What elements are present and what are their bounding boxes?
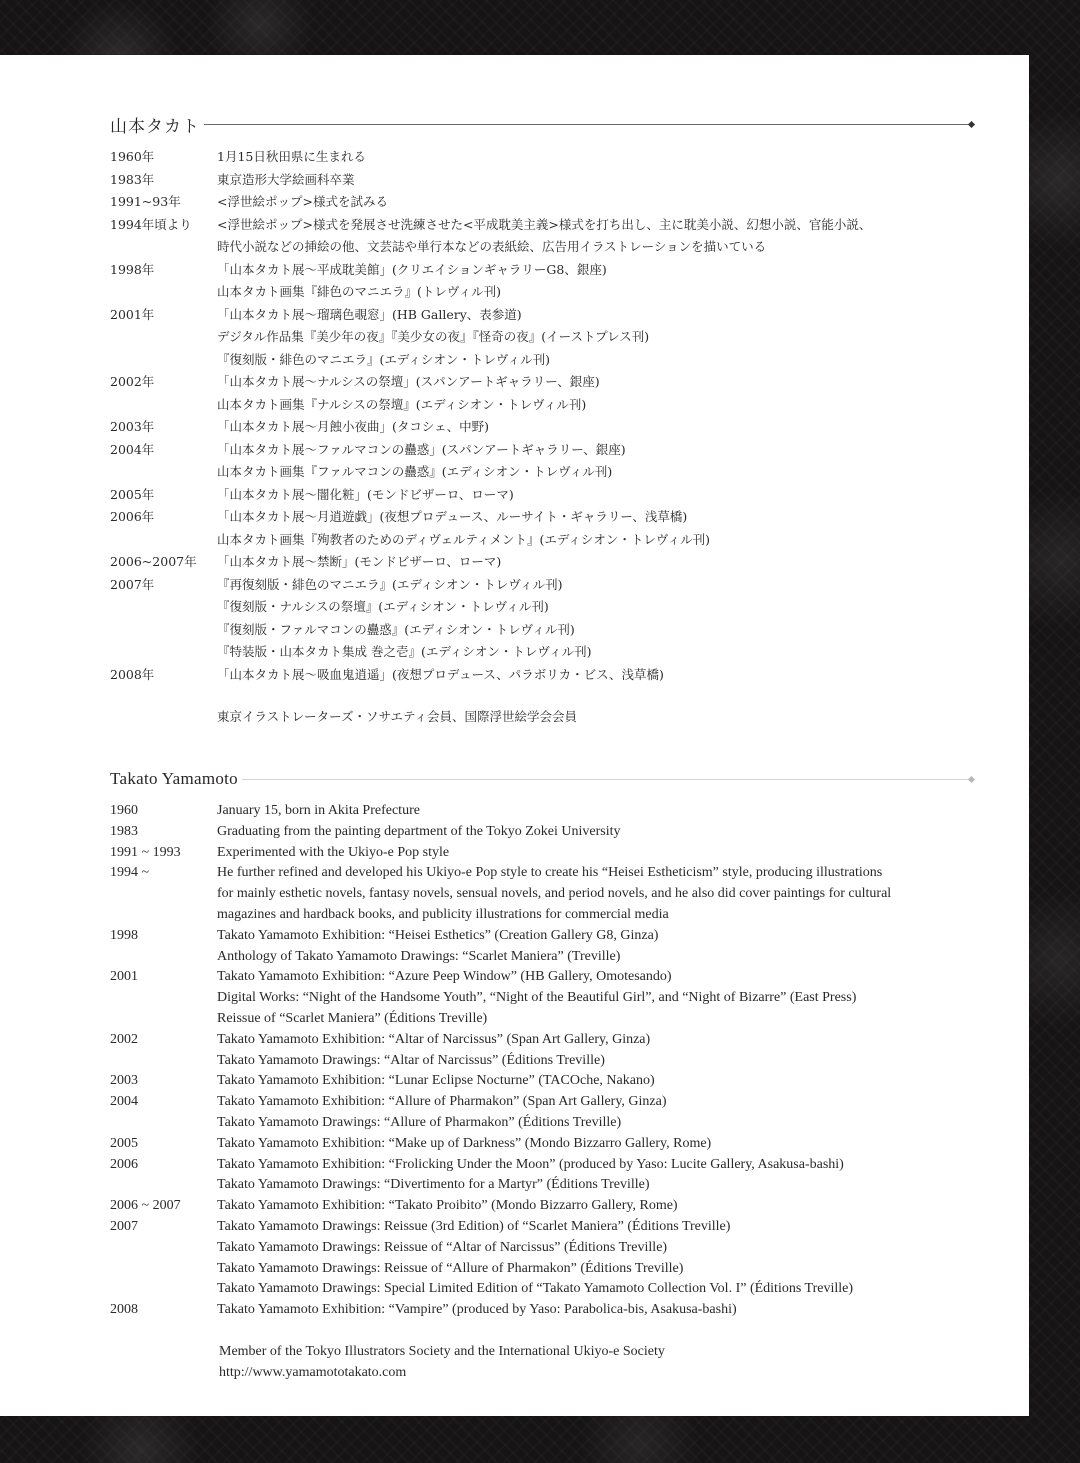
timeline-entry: 1960January 15, born in Akita Prefecture — [110, 801, 940, 822]
entry-description: 「山本タカト展～闇化粧」(モンドビザーロ、ローマ) — [217, 484, 940, 507]
entry-description: 「山本タカト展～禁断」(モンドビザーロ、ローマ) — [217, 551, 940, 574]
timeline-entry: 1994年頃より<浮世絵ポップ>様式を発展させ洗練させた<平成耽美主義>様式を打… — [110, 214, 940, 259]
entry-line: Takato Yamamoto Exhibition: “Altar of Na… — [217, 1030, 940, 1051]
entry-line: 時代小説などの挿絵の他、文芸誌や単行本などの表紙絵、広告用イラストレーションを描… — [217, 236, 940, 259]
entry-year: 2006 — [110, 1155, 217, 1176]
entry-description: Takato Yamamoto Exhibition: “Allure of P… — [217, 1092, 940, 1134]
english-section-header: Takato Yamamoto — [110, 764, 972, 794]
entry-description: 「山本タカト展～瑠璃色覗窓」(HB Gallery、表参道)デジタル作品集『美少… — [217, 304, 940, 372]
entry-description: 「山本タカト展～平成耽美館」(クリエイションギャラリーG8、銀座)山本タカト画集… — [217, 259, 940, 304]
entry-line: Takato Yamamoto Exhibition: “Vampire” (p… — [217, 1300, 940, 1321]
entry-line: Takato Yamamoto Drawings: Reissue of “Al… — [217, 1259, 940, 1280]
entry-line: Takato Yamamoto Drawings: Reissue of “Al… — [217, 1238, 940, 1259]
entry-line: Takato Yamamoto Drawings: “Allure of Pha… — [217, 1113, 940, 1134]
entry-line: Reissue of “Scarlet Maniera” (Éditions T… — [217, 1009, 940, 1030]
entry-line: Takato Yamamoto Exhibition: “Allure of P… — [217, 1092, 940, 1113]
timeline-entry: 2002Takato Yamamoto Exhibition: “Altar o… — [110, 1030, 940, 1072]
entry-year: 2006~2007年 — [110, 551, 217, 574]
english-timeline: 1960January 15, born in Akita Prefecture… — [110, 801, 940, 1321]
entry-description: 東京造形大学絵画科卒業 — [217, 169, 940, 192]
entry-year: 2001 — [110, 967, 217, 988]
entry-line: Takato Yamamoto Exhibition: “Heisei Esth… — [217, 926, 940, 947]
entry-line: for mainly esthetic novels, fantasy nove… — [217, 884, 940, 905]
japanese-section-header: 山本タカト — [110, 109, 972, 139]
english-footer: Member of the Tokyo Illustrators Society… — [219, 1341, 665, 1383]
timeline-entry: 2004年「山本タカト展～ファルマコンの蠱惑」(スパンアートギャラリー、銀座)山… — [110, 439, 940, 484]
entry-line: Takato Yamamoto Exhibition: “Lunar Eclip… — [217, 1071, 940, 1092]
japanese-timeline: 1960年1月15日秋田県に生まれる1983年東京造形大学絵画科卒業1991~9… — [110, 146, 940, 686]
entry-year: 2006 ~ 2007 — [110, 1196, 217, 1217]
entry-description: Experimented with the Ukiyo-e Pop style — [217, 843, 940, 864]
entry-line: 「山本タカト展～瑠璃色覗窓」(HB Gallery、表参道) — [217, 304, 940, 327]
entry-year: 1983年 — [110, 169, 217, 192]
entry-line: 「山本タカト展～闇化粧」(モンドビザーロ、ローマ) — [217, 484, 940, 507]
document-page: 山本タカト 1960年1月15日秋田県に生まれる1983年東京造形大学絵画科卒業… — [0, 55, 1029, 1416]
entry-line: 「山本タカト展～平成耽美館」(クリエイションギャラリーG8、銀座) — [217, 259, 940, 282]
entry-description: Takato Yamamoto Exhibition: “Vampire” (p… — [217, 1300, 940, 1321]
entry-line: He further refined and developed his Uki… — [217, 863, 940, 884]
entry-line: <浮世絵ポップ>様式を発展させ洗練させた<平成耽美主義>様式を打ち出し、主に耽美… — [217, 214, 940, 237]
entry-line: デジタル作品集『美少年の夜』『美少女の夜』『怪奇の夜』(イーストプレス刊) — [217, 326, 940, 349]
entry-line: 「山本タカト展～月蝕小夜曲」(タコシェ、中野) — [217, 416, 940, 439]
english-membership: Member of the Tokyo Illustrators Society… — [219, 1341, 665, 1362]
entry-line: Takato Yamamoto Exhibition: “Make up of … — [217, 1134, 940, 1155]
entry-line: 『再復刻版・緋色のマニエラ』(エディシオン・トレヴィル刊) — [217, 574, 940, 597]
timeline-entry: 2006 ~ 2007Takato Yamamoto Exhibition: “… — [110, 1196, 940, 1217]
entry-description: 「山本タカト展～ファルマコンの蠱惑」(スパンアートギャラリー、銀座)山本タカト画… — [217, 439, 940, 484]
timeline-entry: 2003年「山本タカト展～月蝕小夜曲」(タコシェ、中野) — [110, 416, 940, 439]
entry-description: Takato Yamamoto Drawings: Reissue (3rd E… — [217, 1217, 940, 1300]
entry-description: <浮世絵ポップ>様式を発展させ洗練させた<平成耽美主義>様式を打ち出し、主に耽美… — [217, 214, 940, 259]
entry-description: 「山本タカト展～ナルシスの祭壇」(スパンアートギャラリー、銀座)山本タカト画集『… — [217, 371, 940, 416]
entry-year: 2007年 — [110, 574, 217, 597]
entry-description: 『再復刻版・緋色のマニエラ』(エディシオン・トレヴィル刊)『復刻版・ナルシスの祭… — [217, 574, 940, 664]
entry-line: Takato Yamamoto Exhibition: “Frolicking … — [217, 1155, 940, 1176]
entry-description: 「山本タカト展～月蝕小夜曲」(タコシェ、中野) — [217, 416, 940, 439]
japanese-membership: 東京イラストレーターズ・ソサエティ会員、国際浮世絵学会会員 — [217, 707, 577, 725]
entry-line: Digital Works: “Night of the Handsome Yo… — [217, 988, 940, 1009]
entry-description: Takato Yamamoto Exhibition: “Lunar Eclip… — [217, 1071, 940, 1092]
header-rule — [204, 124, 972, 125]
entry-year: 2004年 — [110, 439, 217, 462]
entry-line: magazines and hardback books, and public… — [217, 905, 940, 926]
timeline-entry: 2008Takato Yamamoto Exhibition: “Vampire… — [110, 1300, 940, 1321]
timeline-entry: 2006~2007年「山本タカト展～禁断」(モンドビザーロ、ローマ) — [110, 551, 940, 574]
entry-year: 2006年 — [110, 506, 217, 529]
entry-year: 1960年 — [110, 146, 217, 169]
timeline-entry: 1960年1月15日秋田県に生まれる — [110, 146, 940, 169]
entry-line: <浮世絵ポップ>様式を試みる — [217, 191, 940, 214]
entry-year: 1994 ~ — [110, 863, 217, 884]
entry-line: Takato Yamamoto Exhibition: “Azure Peep … — [217, 967, 940, 988]
entry-description: 「山本タカト展～吸血鬼逍遥」(夜想プロデュース、パラボリカ・ビス、浅草橋) — [217, 664, 940, 687]
english-title: Takato Yamamoto — [110, 769, 242, 789]
entry-year: 1991 ~ 1993 — [110, 843, 217, 864]
entry-line: 「山本タカト展～ファルマコンの蠱惑」(スパンアートギャラリー、銀座) — [217, 439, 940, 462]
diamond-end-icon — [968, 120, 975, 127]
header-rule — [242, 779, 972, 780]
timeline-entry: 1983年東京造形大学絵画科卒業 — [110, 169, 940, 192]
entry-description: 「山本タカト展～月逍遊戯」(夜想プロデュース、ルーサイト・ギャラリー、浅草橋)山… — [217, 506, 940, 551]
timeline-entry: 1998Takato Yamamoto Exhibition: “Heisei … — [110, 926, 940, 968]
timeline-entry: 2007年『再復刻版・緋色のマニエラ』(エディシオン・トレヴィル刊)『復刻版・ナ… — [110, 574, 940, 664]
entry-line: Graduating from the painting department … — [217, 822, 940, 843]
entry-line: Takato Yamamoto Drawings: Reissue (3rd E… — [217, 1217, 940, 1238]
entry-line: 『復刻版・ファルマコンの蠱惑』(エディシオン・トレヴィル刊) — [217, 619, 940, 642]
entry-line: 『特装版・山本タカト集成 巻之壱』(エディシオン・トレヴィル刊) — [217, 641, 940, 664]
entry-line: 山本タカト画集『ファルマコンの蠱惑』(エディシオン・トレヴィル刊) — [217, 461, 940, 484]
entry-line: January 15, born in Akita Prefecture — [217, 801, 940, 822]
entry-description: Takato Yamamoto Exhibition: “Make up of … — [217, 1134, 940, 1155]
timeline-entry: 2001年「山本タカト展～瑠璃色覗窓」(HB Gallery、表参道)デジタル作… — [110, 304, 940, 372]
timeline-entry: 2008年「山本タカト展～吸血鬼逍遥」(夜想プロデュース、パラボリカ・ビス、浅草… — [110, 664, 940, 687]
entry-year: 2005 — [110, 1134, 217, 1155]
timeline-entry: 2001Takato Yamamoto Exhibition: “Azure P… — [110, 967, 940, 1029]
entry-year: 1994年頃より — [110, 214, 217, 237]
japanese-title: 山本タカト — [110, 112, 204, 137]
timeline-entry: 2003Takato Yamamoto Exhibition: “Lunar E… — [110, 1071, 940, 1092]
entry-year: 1998年 — [110, 259, 217, 282]
timeline-entry: 1994 ~He further refined and developed h… — [110, 863, 940, 925]
entry-line: Takato Yamamoto Drawings: Special Limite… — [217, 1279, 940, 1300]
entry-description: Takato Yamamoto Exhibition: “Altar of Na… — [217, 1030, 940, 1072]
entry-year: 2004 — [110, 1092, 217, 1113]
entry-year: 2008 — [110, 1300, 217, 1321]
timeline-entry: 1998年「山本タカト展～平成耽美館」(クリエイションギャラリーG8、銀座)山本… — [110, 259, 940, 304]
entry-line: 『復刻版・緋色のマニエラ』(エディシオン・トレヴィル刊) — [217, 349, 940, 372]
entry-description: Takato Yamamoto Exhibition: “Azure Peep … — [217, 967, 940, 1029]
entry-year: 2007 — [110, 1217, 217, 1238]
entry-year: 2001年 — [110, 304, 217, 327]
entry-year: 1991~93年 — [110, 191, 217, 214]
entry-description: Takato Yamamoto Exhibition: “Takato Proi… — [217, 1196, 940, 1217]
entry-description: January 15, born in Akita Prefecture — [217, 801, 940, 822]
entry-line: 「山本タカト展～禁断」(モンドビザーロ、ローマ) — [217, 551, 940, 574]
timeline-entry: 2002年「山本タカト展～ナルシスの祭壇」(スパンアートギャラリー、銀座)山本タ… — [110, 371, 940, 416]
entry-description: <浮世絵ポップ>様式を試みる — [217, 191, 940, 214]
entry-line: Anthology of Takato Yamamoto Drawings: “… — [217, 947, 940, 968]
entry-line: 「山本タカト展～ナルシスの祭壇」(スパンアートギャラリー、銀座) — [217, 371, 940, 394]
entry-line: 『復刻版・ナルシスの祭壇』(エディシオン・トレヴィル刊) — [217, 596, 940, 619]
entry-line: 山本タカト画集『ナルシスの祭壇』(エディシオン・トレヴィル刊) — [217, 394, 940, 417]
entry-year: 2003 — [110, 1071, 217, 1092]
entry-line: Takato Yamamoto Drawings: “Altar of Narc… — [217, 1051, 940, 1072]
entry-description: 1月15日秋田県に生まれる — [217, 146, 940, 169]
website-link[interactable]: http://www.yamamototakato.com — [219, 1362, 665, 1383]
timeline-entry: 1991 ~ 1993Experimented with the Ukiyo-e… — [110, 843, 940, 864]
timeline-entry: 1983Graduating from the painting departm… — [110, 822, 940, 843]
diamond-end-icon — [968, 775, 975, 782]
entry-line: Takato Yamamoto Exhibition: “Takato Proi… — [217, 1196, 940, 1217]
entry-year: 1983 — [110, 822, 217, 843]
entry-line: Experimented with the Ukiyo-e Pop style — [217, 843, 940, 864]
entry-line: 1月15日秋田県に生まれる — [217, 146, 940, 169]
entry-year: 1960 — [110, 801, 217, 822]
entry-line: 「山本タカト展～月逍遊戯」(夜想プロデュース、ルーサイト・ギャラリー、浅草橋) — [217, 506, 940, 529]
entry-description: Takato Yamamoto Exhibition: “Heisei Esth… — [217, 926, 940, 968]
entry-year: 2002 — [110, 1030, 217, 1051]
timeline-entry: 2005Takato Yamamoto Exhibition: “Make up… — [110, 1134, 940, 1155]
entry-line: 山本タカト画集『殉教者のためのディヴェルティメント』(エディシオン・トレヴィル刊… — [217, 529, 940, 552]
entry-year: 2005年 — [110, 484, 217, 507]
timeline-entry: 2007Takato Yamamoto Drawings: Reissue (3… — [110, 1217, 940, 1300]
entry-year: 2003年 — [110, 416, 217, 439]
entry-line: 「山本タカト展～吸血鬼逍遥」(夜想プロデュース、パラボリカ・ビス、浅草橋) — [217, 664, 940, 687]
entry-year: 2008年 — [110, 664, 217, 687]
timeline-entry: 2005年「山本タカト展～闇化粧」(モンドビザーロ、ローマ) — [110, 484, 940, 507]
timeline-entry: 1991~93年<浮世絵ポップ>様式を試みる — [110, 191, 940, 214]
entry-line: 東京造形大学絵画科卒業 — [217, 169, 940, 192]
timeline-entry: 2006年「山本タカト展～月逍遊戯」(夜想プロデュース、ルーサイト・ギャラリー、… — [110, 506, 940, 551]
entry-year: 2002年 — [110, 371, 217, 394]
entry-description: Takato Yamamoto Exhibition: “Frolicking … — [217, 1155, 940, 1197]
timeline-entry: 2006Takato Yamamoto Exhibition: “Frolick… — [110, 1155, 940, 1197]
entry-line: Takato Yamamoto Drawings: “Divertimento … — [217, 1175, 940, 1196]
entry-year: 1998 — [110, 926, 217, 947]
entry-description: Graduating from the painting department … — [217, 822, 940, 843]
entry-line: 山本タカト画集『緋色のマニエラ』(トレヴィル刊) — [217, 281, 940, 304]
timeline-entry: 2004Takato Yamamoto Exhibition: “Allure … — [110, 1092, 940, 1134]
entry-description: He further refined and developed his Uki… — [217, 863, 940, 925]
